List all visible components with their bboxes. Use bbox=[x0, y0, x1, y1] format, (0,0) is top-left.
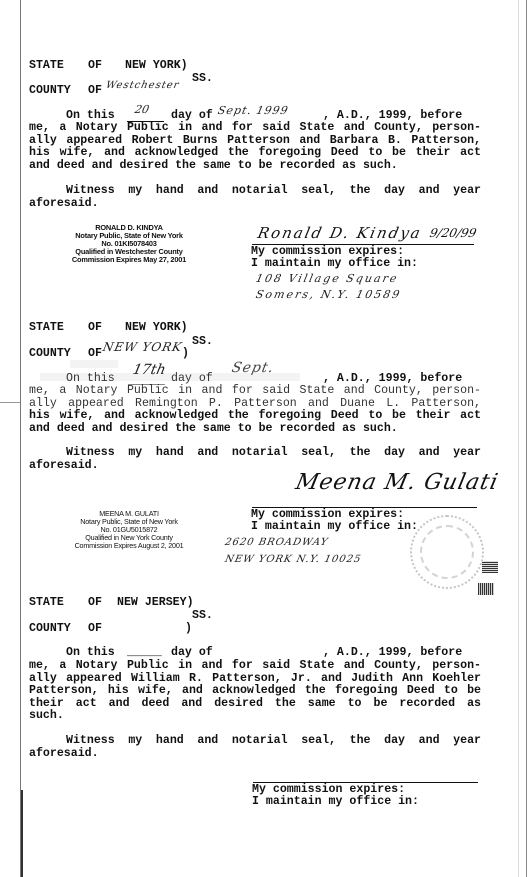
page-border-left bbox=[20, 0, 21, 877]
page-border-right-inner bbox=[518, 0, 519, 877]
office-address-line: NEW YORK N.Y. 10025 bbox=[224, 554, 363, 565]
county-close-paren: ) bbox=[182, 348, 189, 361]
witness-line: Witness my hand and notarial seal, the d… bbox=[29, 735, 481, 748]
state-label: STATE bbox=[29, 322, 64, 335]
ack-line: and deed and desired the same to be reco… bbox=[29, 160, 481, 173]
ack-line: their act and deed and desired the same … bbox=[29, 698, 481, 711]
county-handwritten: Westchester bbox=[105, 80, 181, 91]
office-label: I maintain my office in: bbox=[252, 796, 419, 809]
ack-line: me, a Notary Public in and for said Stat… bbox=[29, 122, 481, 135]
office-label: I maintain my office in: bbox=[251, 258, 418, 271]
notary-stamp: MEENA M. GULATI Notary Public, State of … bbox=[55, 510, 203, 550]
ss-label: SS. bbox=[192, 336, 213, 349]
acknowledgment-text: me, a Notary Public in and for said Stat… bbox=[29, 660, 481, 723]
on-this-label: On this bbox=[66, 647, 115, 660]
state-label: STATE bbox=[29, 597, 64, 610]
photocopy-smudge bbox=[70, 360, 118, 368]
witness-line: Witness my hand and notarial seal, the d… bbox=[29, 447, 481, 460]
notary-seal-inner bbox=[420, 525, 474, 579]
signature-date: 9/20/99 bbox=[429, 226, 478, 240]
ack-line: Patterson, his wife, and acknowledged th… bbox=[29, 685, 481, 698]
acknowledgment-text: me, a Notary Public in and for said Stat… bbox=[29, 385, 481, 435]
office-label: I maintain my office in: bbox=[251, 521, 418, 534]
seal-fragment bbox=[482, 561, 498, 573]
ack-line: me, a Notary Public in and for said Stat… bbox=[29, 660, 481, 673]
month-handwritten: Sept. 1999 bbox=[217, 104, 290, 117]
witness-line: aforesaid. bbox=[29, 748, 481, 761]
county-label: COUNTY bbox=[29, 85, 71, 98]
state-of-label: OF bbox=[88, 60, 102, 73]
ss-label: SS. bbox=[192, 610, 213, 623]
notary-signature: Ronald D. Kindya bbox=[256, 224, 424, 242]
witness-line: Witness my hand and notarial seal, the d… bbox=[29, 185, 481, 198]
document-page: STATE OF NEW YORK) SS. COUNTY OF Westche… bbox=[0, 0, 531, 877]
state-value: NEW YORK) bbox=[125, 322, 188, 335]
county-label: COUNTY bbox=[29, 348, 71, 361]
ss-label: SS. bbox=[192, 73, 213, 86]
witness-text: Witness my hand and notarial seal, the d… bbox=[29, 185, 481, 210]
ack-line: such. bbox=[29, 710, 481, 723]
county-close-paren: ) bbox=[185, 623, 192, 636]
witness-text: Witness my hand and notarial seal, the d… bbox=[29, 447, 481, 472]
county-of-label: OF bbox=[88, 623, 102, 636]
page-border-right bbox=[526, 0, 527, 877]
state-value: NEW JERSEY) bbox=[117, 597, 194, 610]
notary-expiry: Commission Expires August 2, 2001 bbox=[55, 542, 203, 550]
state-label: STATE bbox=[29, 60, 64, 73]
page-border-left-heavy bbox=[21, 790, 23, 877]
ad-year-text: , A.D., 1999, before bbox=[323, 647, 462, 660]
day-handwritten: 17th bbox=[131, 362, 167, 378]
photocopy-mark bbox=[0, 402, 20, 403]
state-of-label: OF bbox=[88, 597, 102, 610]
day-blank: _____ bbox=[127, 647, 162, 660]
month-handwritten: Sept. bbox=[230, 360, 275, 376]
county-label: COUNTY bbox=[29, 623, 71, 636]
witness-text: Witness my hand and notarial seal, the d… bbox=[29, 735, 481, 760]
state-of-label: OF bbox=[88, 322, 102, 335]
county-of-label: OF bbox=[88, 348, 102, 361]
office-address-line: 108 Village Square bbox=[255, 272, 400, 285]
county-of-label: OF bbox=[88, 85, 102, 98]
ack-line: and deed and desired the same to be reco… bbox=[29, 423, 481, 436]
ack-line: his wife, and acknowledged the foregoing… bbox=[29, 147, 481, 160]
witness-line: aforesaid. bbox=[29, 198, 481, 211]
acknowledgment-text: me, a Notary Public in and for said Stat… bbox=[29, 122, 481, 172]
seal-fragment bbox=[478, 583, 494, 595]
day-of-label: day of bbox=[171, 647, 213, 660]
office-address-line: 2620 BROADWAY bbox=[224, 537, 329, 548]
state-value: NEW YORK) bbox=[125, 60, 188, 73]
office-address-line: Somers, N.Y. 10589 bbox=[255, 288, 403, 301]
notary-signature: Meena M. Gulati bbox=[293, 470, 500, 495]
notary-expiry: Commission Expires May 27, 2001 bbox=[48, 256, 210, 264]
county-handwritten: NEW YORK bbox=[102, 340, 184, 354]
ack-line: me, a Notary Public in and for said Stat… bbox=[29, 385, 481, 398]
ack-line: his wife, and acknowledged the foregoing… bbox=[29, 410, 481, 423]
notary-stamp: RONALD D. KINDYA Notary Public, State of… bbox=[48, 224, 210, 264]
day-handwritten: 20 bbox=[134, 103, 151, 116]
